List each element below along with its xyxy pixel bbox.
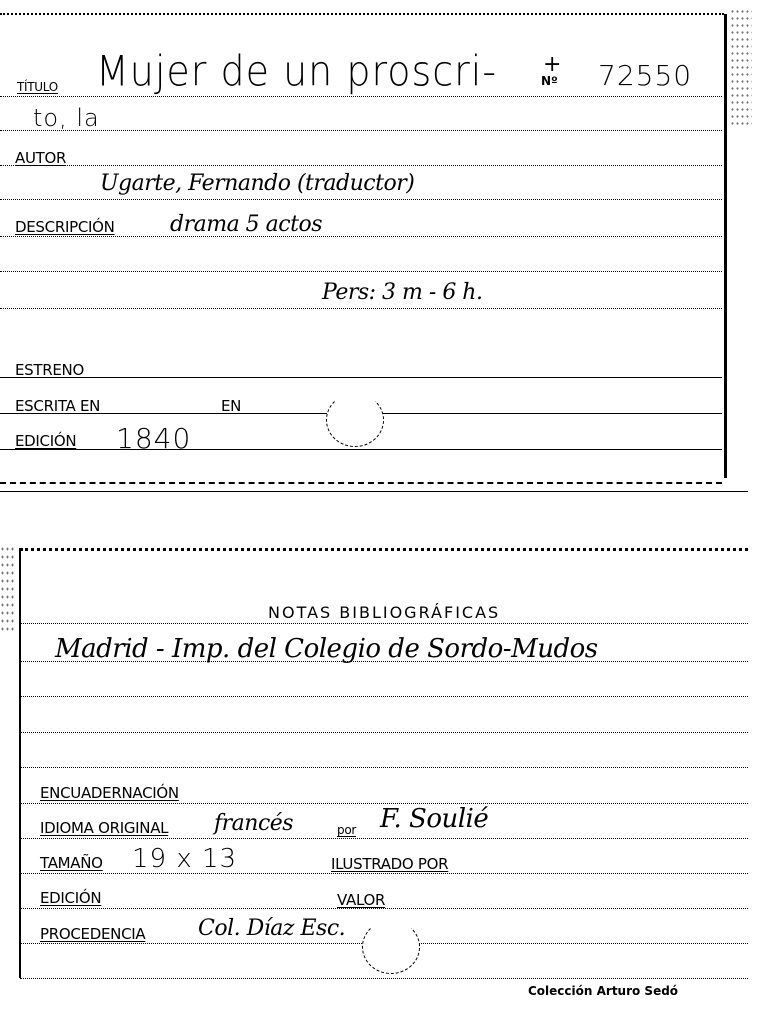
label-procedencia: PROCEDENCIA bbox=[40, 927, 145, 942]
label-idioma-original: IDIOMA ORIGINAL bbox=[40, 821, 168, 836]
rule-line bbox=[20, 767, 748, 768]
procedencia-value: Col. Díaz Esc. bbox=[198, 918, 345, 940]
rule-line bbox=[0, 271, 722, 272]
rule-line bbox=[0, 199, 722, 200]
autor-value: Ugarte, Fernando (traductor) bbox=[100, 173, 414, 195]
numero-value: 72550 bbox=[598, 62, 692, 90]
descripcion-extra: Pers: 3 m - 6 h. bbox=[322, 282, 482, 304]
rule-line bbox=[20, 696, 748, 697]
label-escrita-en: ESCRITA EN bbox=[15, 399, 100, 414]
por-value: F. Soulié bbox=[380, 806, 488, 832]
scan-noise bbox=[730, 8, 752, 128]
label-tamano: TAMAÑO bbox=[40, 856, 103, 871]
collection-footer: Colección Arturo Sedó bbox=[528, 985, 678, 997]
rule-line bbox=[0, 96, 722, 97]
rule-line bbox=[0, 308, 722, 309]
rule-line bbox=[0, 165, 722, 166]
label-ilustrado-por: ILUSTRADO POR bbox=[331, 857, 448, 872]
card-top-border bbox=[20, 548, 748, 551]
label-encuadernacion: ENCUADERNACIÓN bbox=[40, 786, 179, 801]
label-estreno: ESTRENO bbox=[15, 363, 84, 378]
notas-heading: NOTAS BIBLIOGRÁFICAS bbox=[268, 605, 500, 621]
page-divider bbox=[0, 491, 748, 492]
rule-line bbox=[0, 449, 722, 450]
tamano-value: 19 x 13 bbox=[132, 846, 237, 872]
card-left-border bbox=[19, 548, 21, 978]
label-en: EN bbox=[221, 399, 241, 414]
label-por: por bbox=[337, 824, 356, 836]
label-edicion-back: EDICIÓN bbox=[40, 891, 101, 906]
label-valor: VALOR bbox=[337, 893, 385, 908]
label-numero: Nº bbox=[541, 74, 558, 88]
rule-line bbox=[20, 873, 748, 874]
edicion-value: 1840 bbox=[116, 425, 191, 453]
label-autor: AUTOR bbox=[15, 151, 66, 166]
notas-value: Madrid - Imp. del Colegio de Sordo-Mudos bbox=[55, 636, 598, 662]
rule-line bbox=[20, 732, 748, 733]
scan-noise bbox=[0, 545, 16, 635]
card-right-border bbox=[724, 14, 727, 478]
card-top-border bbox=[0, 13, 724, 15]
rule-line bbox=[0, 377, 722, 378]
titulo-value-line2: to, la bbox=[33, 106, 100, 130]
rule-line bbox=[20, 978, 748, 979]
label-descripcion: DESCRIPCIÓN bbox=[15, 220, 115, 235]
label-edicion: EDICIÓN bbox=[15, 434, 76, 449]
rule-line bbox=[20, 623, 748, 624]
titulo-value-line1: Mujer de un proscri- bbox=[96, 50, 497, 92]
punch-hole bbox=[326, 393, 384, 447]
rule-line bbox=[0, 130, 722, 131]
rule-line bbox=[0, 236, 722, 237]
idioma-original-value: francés bbox=[214, 813, 293, 835]
descripcion-value: drama 5 actos bbox=[170, 214, 322, 236]
card-bottom-border bbox=[0, 482, 722, 484]
punch-hole bbox=[362, 920, 420, 974]
rule-line bbox=[20, 838, 748, 839]
label-titulo: TÍTULO bbox=[17, 81, 58, 93]
